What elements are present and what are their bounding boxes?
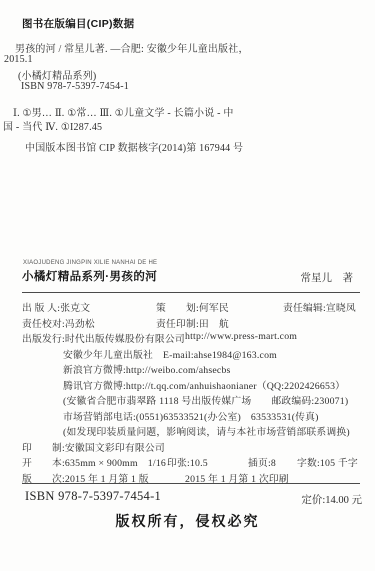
book-copyright-page: 图书在版编目(CIP)数据 男孩的河 / 常星儿著. —合肥: 安徽少年儿童出版… bbox=[0, 0, 375, 571]
cip-line: 国 - 当代 Ⅳ. ①I287.45 bbox=[3, 118, 102, 133]
colophon-line: 责任编辑:宣晓凤 bbox=[283, 300, 356, 314]
cip-data-block: 男孩的河 / 常星儿著. —合肥: 安徽少年儿童出版社，2015.1(小橘灯精品… bbox=[0, 0, 375, 571]
cip-line: ISBN 978-7-5397-7454-1 bbox=[21, 81, 129, 92]
colophon-line: 新浪官方微博:http://weibo.com/ahsecbs bbox=[63, 362, 231, 376]
copyright-notice: 版权所有，侵权必究 bbox=[0, 511, 375, 531]
colophon-line: (如发现印装质量问题，影响阅读，请与本社市场营销部联系调换) bbox=[63, 424, 350, 438]
series-pinyin: XIAOJUDENG JINGPIN XILIE NANHAI DE HE bbox=[23, 260, 157, 266]
cip-line: 中国版本图书馆 CIP 数据核字(2014)第 167944 号 bbox=[25, 139, 243, 154]
colophon-line: 安徽少年儿童出版社 E-mail:ahse1984@163.com bbox=[63, 347, 277, 361]
colophon-line: http://www.press-mart.com bbox=[185, 331, 297, 342]
colophon-line: 市场营销部电话:(0551)63533521(办公室) 63533531(传真) bbox=[63, 409, 319, 423]
colophon-block: 出 版 人:张克文策 划:何军民责任编辑:宣晓凤责任校对:冯劲松责任印制:田 航… bbox=[0, 0, 375, 571]
divider-bottom bbox=[22, 483, 360, 484]
cip-data-header: 图书在版编目(CIP)数据 bbox=[22, 16, 134, 31]
colophon-line: 策 划:何军民 bbox=[156, 300, 229, 314]
cip-line: Ⅰ. ①男… Ⅱ. ①常… Ⅲ. ①儿童文学 - 长篇小说 - 中 bbox=[13, 104, 234, 119]
colophon-line: 出版发行:时代出版传媒股份有限公司 bbox=[22, 331, 185, 345]
divider-top bbox=[22, 292, 360, 293]
colophon-line: 字数:105 千字 bbox=[297, 455, 358, 469]
colophon-line: 出 版 人:张克文 bbox=[22, 300, 90, 314]
series-book-title: 小橘灯精品系列·男孩的河 bbox=[22, 268, 157, 284]
colophon-line: 印 制:安徽国文彩印有限公司 bbox=[22, 440, 165, 454]
isbn-number: ISBN 978-7-5397-7454-1 bbox=[25, 489, 161, 504]
cip-line: (小橘灯精品系列) bbox=[18, 67, 96, 82]
colophon-line: 责任校对:冯劲松 bbox=[22, 316, 95, 330]
colophon-line: 腾讯官方微博:http://t.qq.com/anhuishaonianer（Q… bbox=[63, 378, 345, 392]
cip-line: 2015.1 bbox=[4, 54, 33, 65]
price-label: 定价:14.00 元 bbox=[301, 492, 362, 507]
colophon-line: 插页:8 bbox=[248, 455, 276, 469]
author-name: 常星儿 著 bbox=[301, 270, 354, 285]
colophon-line: 印张:10.5 bbox=[167, 455, 208, 469]
cip-line: 男孩的河 / 常星儿著. —合肥: 安徽少年儿童出版社， bbox=[15, 40, 249, 55]
colophon-line: 开 本:635mm × 900mm 1/16 bbox=[22, 455, 166, 469]
colophon-line: 责任印制:田 航 bbox=[156, 316, 229, 330]
colophon-line: (安徽省合肥市翡翠路 1118 号出版传媒广场 邮政编码:230071) bbox=[63, 393, 348, 407]
